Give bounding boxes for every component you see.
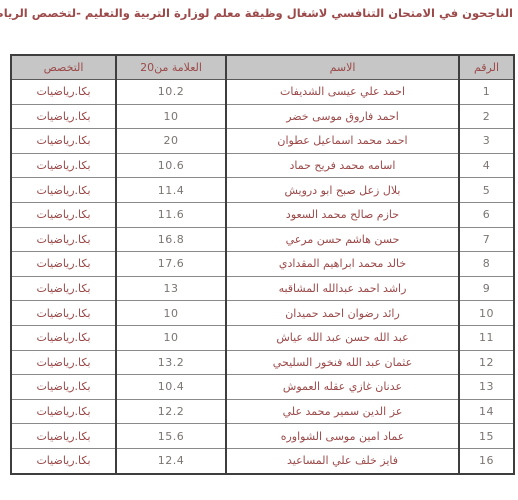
- page-title: الناجحون في الامتحان التنافسي لاشغال وظي…: [0, 6, 513, 20]
- table-row: 16 فايز خلف علي المساعيد 12.4 بكا.رياضيا…: [11, 448, 514, 473]
- cell-mark: 15.6: [116, 424, 226, 449]
- cell-number: 4: [459, 153, 514, 178]
- cell-number: 14: [459, 399, 514, 424]
- cell-number: 3: [459, 129, 514, 154]
- cell-name: حازم صالح محمد السعود: [226, 202, 459, 227]
- table-row: 15 عماد امين موسى الشواوره 15.6 بكا.رياض…: [11, 424, 514, 449]
- table-header-row: الرقم الاسم العلامة من20 التخصص: [11, 55, 514, 80]
- cell-mark: 11.4: [116, 178, 226, 203]
- cell-name: خالد محمد ابراهيم المقدادي: [226, 252, 459, 277]
- cell-major: بكا.رياضيات: [11, 202, 116, 227]
- cell-name: اسامه محمد فريح حماد: [226, 153, 459, 178]
- cell-name: احمد فاروق موسى خضر: [226, 104, 459, 129]
- cell-mark: 13: [116, 276, 226, 301]
- cell-mark: 12.4: [116, 448, 226, 473]
- cell-mark: 17.6: [116, 252, 226, 277]
- cell-major: بكا.رياضيات: [11, 104, 116, 129]
- cell-mark: 13.2: [116, 350, 226, 375]
- table-row: 7 حسن هاشم حسن مرعي 16.8 بكا.رياضيات: [11, 227, 514, 252]
- cell-major: بكا.رياضيات: [11, 448, 116, 473]
- cell-mark: 10: [116, 301, 226, 326]
- cell-mark: 16.8: [116, 227, 226, 252]
- cell-number: 1: [459, 80, 514, 105]
- cell-major: بكا.رياضيات: [11, 178, 116, 203]
- table-row: 11 عبد الله حسن عبد الله عياش 10 بكا.ريا…: [11, 325, 514, 350]
- cell-mark: 10: [116, 104, 226, 129]
- header-major: التخصص: [11, 55, 116, 80]
- cell-mark: 10: [116, 325, 226, 350]
- cell-major: بكا.رياضيات: [11, 424, 116, 449]
- table-row: 10 رائد رضوان احمد حميدان 10 بكا.رياضيات: [11, 301, 514, 326]
- header-number: الرقم: [459, 55, 514, 80]
- cell-name: بلال زعل صبح ابو درويش: [226, 178, 459, 203]
- table-row: 14 عز الدين سمير محمد علي 12.2 بكا.رياضي…: [11, 399, 514, 424]
- table-row: 8 خالد محمد ابراهيم المقدادي 17.6 بكا.ري…: [11, 252, 514, 277]
- cell-number: 7: [459, 227, 514, 252]
- table-row: 2 احمد فاروق موسى خضر 10 بكا.رياضيات: [11, 104, 514, 129]
- table-row: 3 احمد محمد اسماعيل عطوان 20 بكا.رياضيات: [11, 129, 514, 154]
- cell-major: بكا.رياضيات: [11, 153, 116, 178]
- cell-number: 6: [459, 202, 514, 227]
- cell-major: بكا.رياضيات: [11, 350, 116, 375]
- cell-number: 10: [459, 301, 514, 326]
- cell-name: عثمان عبد الله فنخور السليحي: [226, 350, 459, 375]
- cell-name: عدنان غازي عقله العموش: [226, 375, 459, 400]
- cell-number: 11: [459, 325, 514, 350]
- table-row: 12 عثمان عبد الله فنخور السليحي 13.2 بكا…: [11, 350, 514, 375]
- cell-name: عماد امين موسى الشواوره: [226, 424, 459, 449]
- table-row: 13 عدنان غازي عقله العموش 10.4 بكا.رياضي…: [11, 375, 514, 400]
- cell-number: 2: [459, 104, 514, 129]
- cell-major: بكا.رياضيات: [11, 399, 116, 424]
- cell-number: 12: [459, 350, 514, 375]
- cell-number: 5: [459, 178, 514, 203]
- cell-number: 13: [459, 375, 514, 400]
- cell-name: حسن هاشم حسن مرعي: [226, 227, 459, 252]
- cell-name: عز الدين سمير محمد علي: [226, 399, 459, 424]
- cell-major: بكا.رياضيات: [11, 375, 116, 400]
- table-row: 5 بلال زعل صبح ابو درويش 11.4 بكا.رياضيا…: [11, 178, 514, 203]
- header-mark: العلامة من20: [116, 55, 226, 80]
- cell-name: احمد علي عيسى الشديفات: [226, 80, 459, 105]
- cell-major: بكا.رياضيات: [11, 80, 116, 105]
- cell-mark: 20: [116, 129, 226, 154]
- table-row: 9 راشد احمد عبدالله المشاقبه 13 بكا.رياض…: [11, 276, 514, 301]
- cell-major: بكا.رياضيات: [11, 276, 116, 301]
- cell-mark: 10.2: [116, 80, 226, 105]
- cell-major: بكا.رياضيات: [11, 129, 116, 154]
- cell-name: راشد احمد عبدالله المشاقبه: [226, 276, 459, 301]
- cell-mark: 11.6: [116, 202, 226, 227]
- cell-major: بكا.رياضيات: [11, 227, 116, 252]
- cell-major: بكا.رياضيات: [11, 325, 116, 350]
- cell-name: احمد محمد اسماعيل عطوان: [226, 129, 459, 154]
- table-row: 6 حازم صالح محمد السعود 11.6 بكا.رياضيات: [11, 202, 514, 227]
- cell-number: 16: [459, 448, 514, 473]
- cell-number: 8: [459, 252, 514, 277]
- cell-number: 15: [459, 424, 514, 449]
- results-table: الرقم الاسم العلامة من20 التخصص 1 احمد ع…: [10, 54, 515, 475]
- cell-name: فايز خلف علي المساعيد: [226, 448, 459, 473]
- table-row: 1 احمد علي عيسى الشديفات 10.2 بكا.رياضيا…: [11, 80, 514, 105]
- cell-name: عبد الله حسن عبد الله عياش: [226, 325, 459, 350]
- header-name: الاسم: [226, 55, 459, 80]
- cell-name: رائد رضوان احمد حميدان: [226, 301, 459, 326]
- cell-number: 9: [459, 276, 514, 301]
- cell-major: بكا.رياضيات: [11, 252, 116, 277]
- cell-mark: 10.4: [116, 375, 226, 400]
- cell-major: بكا.رياضيات: [11, 301, 116, 326]
- cell-mark: 12.2: [116, 399, 226, 424]
- cell-mark: 10.6: [116, 153, 226, 178]
- table-row: 4 اسامه محمد فريح حماد 10.6 بكا.رياضيات: [11, 153, 514, 178]
